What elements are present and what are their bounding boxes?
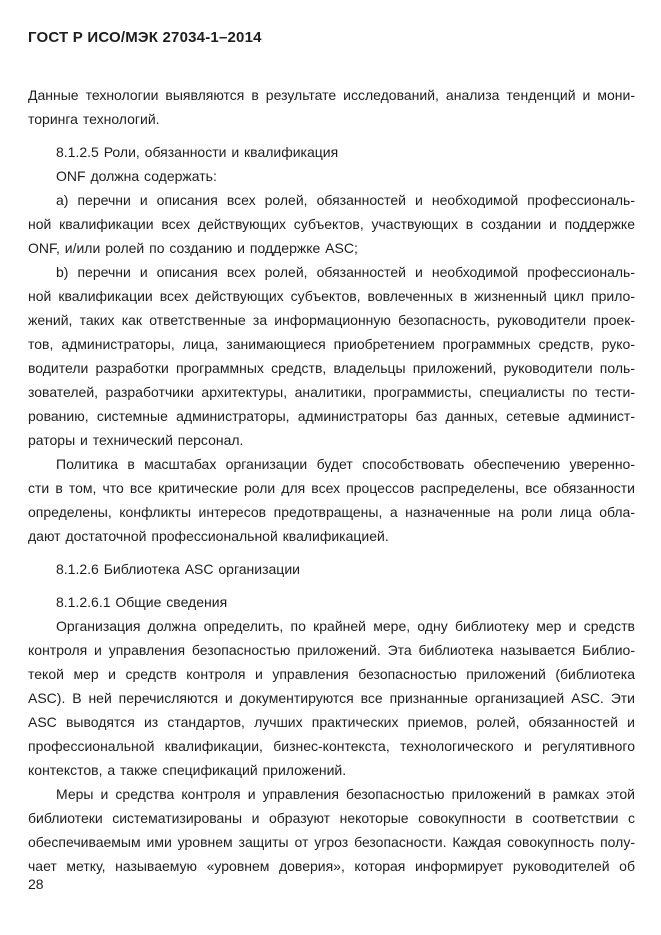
text-line: профессиональной квалификации, бизнес-ко… <box>28 734 635 758</box>
text-line: сти в том, что все критические роли для … <box>28 476 635 500</box>
heading-8-1-2-6: 8.1.2.6 Библиотека ASC организации <box>28 557 635 581</box>
text-line: обеспечиваемым ими уровнем защиты от угр… <box>28 830 635 854</box>
heading-8-1-2-5: 8.1.2.5 Роли, обязанности и квалификация <box>28 140 635 164</box>
text-line: ной квалификации всех действующих субъек… <box>28 284 635 308</box>
document-page: ГОСТ Р ИСО/МЭК 27034-1–2014 Данные техно… <box>0 0 661 935</box>
text-line: ONF, и/или ролей по созданию и поддержке… <box>28 236 635 260</box>
text-line: Организация должна определить, по крайне… <box>28 614 635 638</box>
text-line: ONF должна содержать: <box>28 164 635 188</box>
paragraph-organization-library: Организация должна определить, по крайне… <box>28 614 635 782</box>
text-line: текой мер и средств контроля и управлени… <box>28 662 635 686</box>
text-line: ASC). В ней перечисляются и документирую… <box>28 686 635 710</box>
text-line: зователей, разработчики архитектуры, ана… <box>28 380 635 404</box>
text-line: торинга технологий. <box>28 107 635 131</box>
heading-8-1-2-6-1: 8.1.2.6.1 Общие сведения <box>28 590 635 614</box>
paragraph-list-item-b: b) перечни и описания всех ролей, обязан… <box>28 260 635 452</box>
text-line: определены, конфликты интересов предотвр… <box>28 500 635 524</box>
text-line: контроля и управления безопасностью прил… <box>28 638 635 662</box>
text-line: ной квалификации всех действующих субъек… <box>28 212 635 236</box>
running-header-title: ГОСТ Р ИСО/МЭК 27034-1–2014 <box>28 28 635 48</box>
text-line: 8.1.2.6.1 Общие сведения <box>28 590 635 614</box>
paragraph-asc-groupings: Меры и средства контроля и управления бе… <box>28 782 635 878</box>
text-line: жений, таких как ответственные за информ… <box>28 308 635 332</box>
page-number: 28 <box>28 872 44 896</box>
text-line: тов, администраторы, лица, занимающиеся … <box>28 332 635 356</box>
text-line: раторы и технический персонал. <box>28 428 635 452</box>
text-line: a) перечни и описания всех ролей, обязан… <box>28 188 635 212</box>
text-line: чает метку, называемую «уровнем доверия»… <box>28 854 635 878</box>
text-line: ASC выводятся из стандартов, лучших прак… <box>28 710 635 734</box>
text-line: рованию, системные администраторы, админ… <box>28 404 635 428</box>
text-line: Данные технологии выявляются в результат… <box>28 83 635 107</box>
text-line: дают достаточной профессиональной квалиф… <box>28 524 635 548</box>
paragraph-technologies: Данные технологии выявляются в результат… <box>28 83 635 131</box>
text-line: библиотеки систематизированы и образуют … <box>28 806 635 830</box>
document-body: Данные технологии выявляются в результат… <box>28 83 635 878</box>
paragraph-onf-must-contain: ONF должна содержать: <box>28 164 635 188</box>
text-line: Политика в масштабах организации будет с… <box>28 452 635 476</box>
paragraph-policy: Политика в масштабах организации будет с… <box>28 452 635 548</box>
text-line: 8.1.2.6 Библиотека ASC организации <box>28 557 635 581</box>
paragraph-list-item-a: a) перечни и описания всех ролей, обязан… <box>28 188 635 260</box>
text-line: Меры и средства контроля и управления бе… <box>28 782 635 806</box>
text-line: 8.1.2.5 Роли, обязанности и квалификация <box>28 140 635 164</box>
text-line: b) перечни и описания всех ролей, обязан… <box>28 260 635 284</box>
text-line: водители разработки программных средств,… <box>28 356 635 380</box>
text-line: контекстов, а также спецификаций приложе… <box>28 758 635 782</box>
